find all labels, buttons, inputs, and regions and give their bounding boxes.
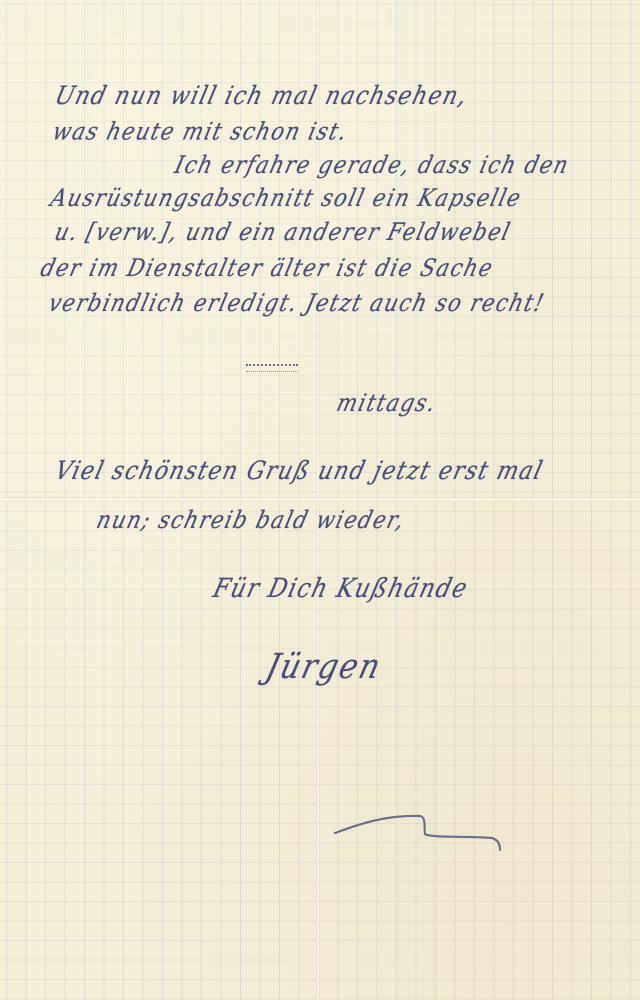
pen-flourish-mark — [330, 810, 510, 860]
letter-line-7: verbindlich erledigt. Jetzt auch so rech… — [46, 289, 548, 317]
letter-line-1: Und nun will ich mal nachsehen, — [52, 82, 471, 111]
greeting-line: Für Dich Kußhände — [210, 574, 471, 604]
letter-line-4: Ausrüstungsabschnitt soll ein Kapselle — [48, 184, 525, 212]
letter-line-6: der im Dienstalter älter ist die Sache — [38, 254, 497, 282]
letter-page: Und nun will ich mal nachsehen, was heut… — [0, 0, 640, 1000]
letter-line-5: u. [verw.], und ein anderer Feldwebel — [52, 218, 514, 246]
letter-line-2: was heute mit schon ist. — [50, 117, 351, 145]
time-note: mittags. — [334, 389, 440, 417]
signature: Jürgen — [262, 647, 386, 687]
closing-line-2: nun; schreib bald wieder, — [94, 506, 408, 534]
horizontal-fold-crease — [0, 497, 640, 502]
section-separator-mark — [246, 364, 298, 372]
closing-line-1: Viel schönsten Gruß und jetzt erst mal — [52, 457, 546, 486]
letter-line-3: Ich erfahre gerade, dass ich den — [172, 151, 572, 179]
